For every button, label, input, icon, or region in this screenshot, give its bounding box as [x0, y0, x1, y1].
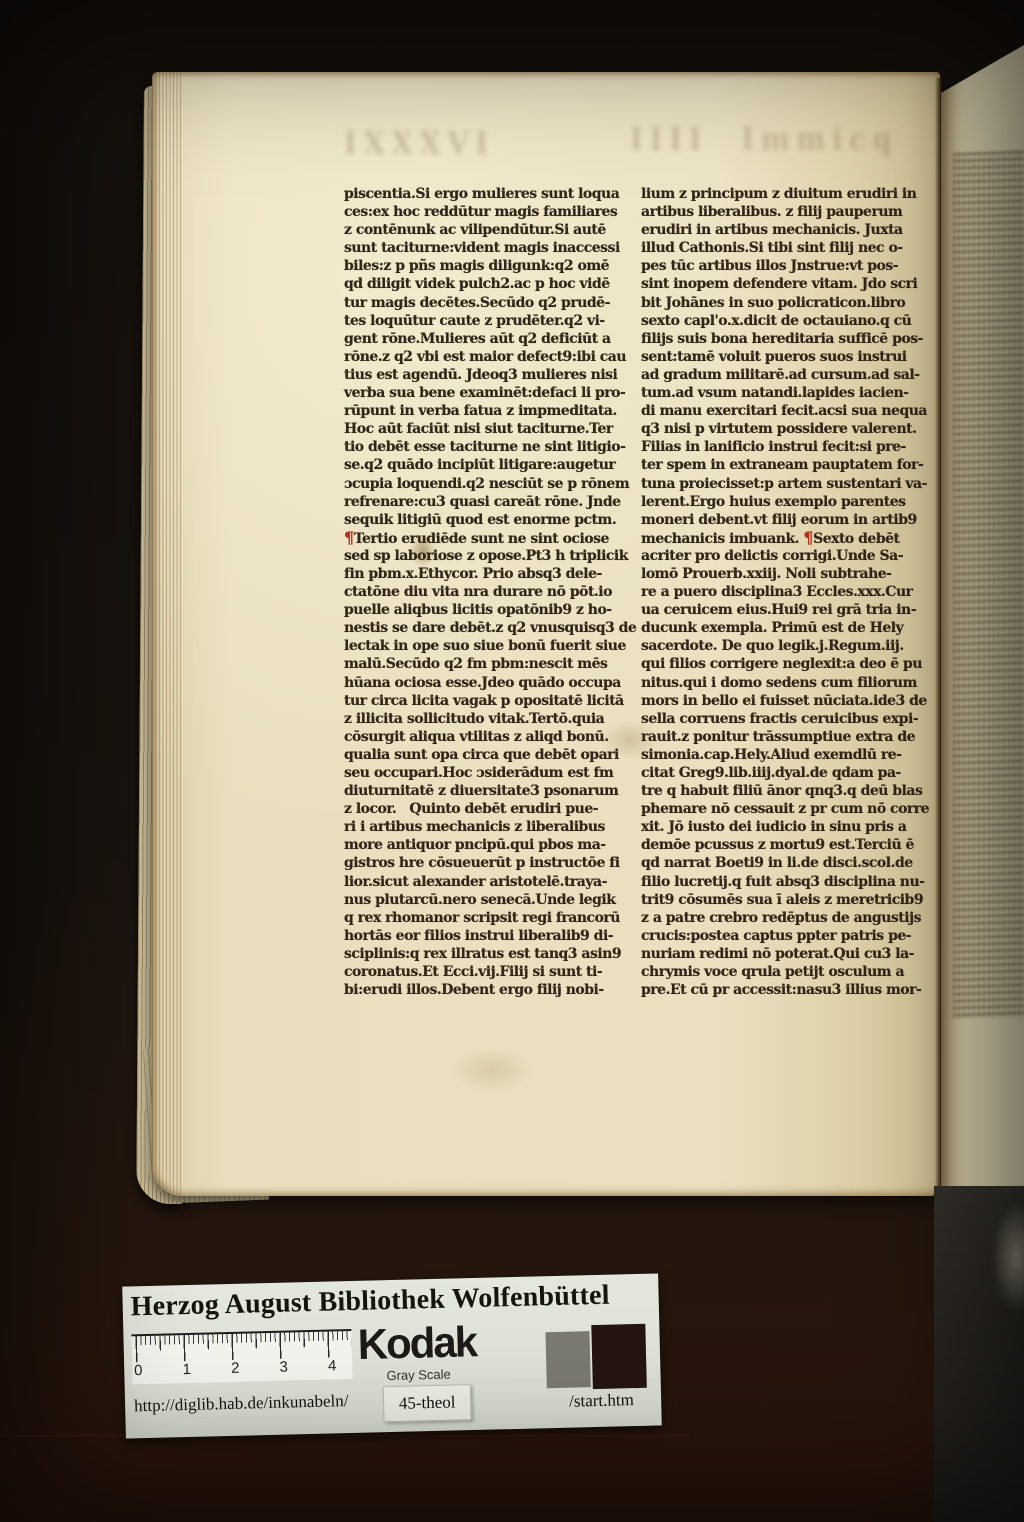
text-line: trit9 cōsumēs sua ī aleis z meretricib9: [641, 891, 937, 909]
text-line: nestis se dare debēt.z q2 vnusquisq3 de: [344, 619, 640, 637]
running-title-ghost-left: IXXXVI: [344, 126, 495, 162]
text-column-right: lium z principum z diuitum erudiri inart…: [641, 185, 937, 999]
text-line: puelle aliqbus licitis opatōnib9 z ho-: [344, 601, 640, 619]
ruler-number: 3: [278, 1359, 290, 1376]
cradle-shelf-edge: [0, 1434, 690, 1437]
text-line: more antiquor pncipū.qui pbos ma-: [344, 836, 640, 854]
text-line: bit Johānes in suo policraticon.libro: [641, 294, 937, 312]
text-line: rōne.z q2 vbi est maior defect9:ibi cau: [344, 348, 640, 366]
text-line: sacerdote. De quo legik.j.Regum.iij.: [641, 637, 937, 655]
text-line: illud Cathonis.Si tibi sint filij nec o-: [641, 239, 937, 257]
rubric-pilcrow: ¶: [344, 528, 354, 547]
rubric-pilcrow: ¶: [803, 528, 813, 547]
text-line: se.q2 quādo incipiūt litigare:augetur: [344, 456, 640, 474]
text-line: re a puero disciplina3 Eccles.xxx.Cur: [641, 583, 937, 601]
text-line: seu occupari.Hoc ɔsiderādum est fm: [344, 764, 640, 782]
text-line: qui filios corrigere neglexit:a deo ē pu: [641, 655, 937, 673]
text-line: simonia.cap.Hely.Aliud exemdlū re-: [641, 746, 937, 764]
text-line: erudiri in artibus mechanicis. Juxta: [641, 221, 937, 239]
text-line: z illicita sollicitudo vitak.Tertō.quia: [344, 710, 640, 728]
blurred-text-texture: [953, 151, 1024, 1019]
text-line: sint inopem defendere vitam. Jdo scri: [641, 275, 937, 293]
text-line: q3 nisi p virtutem possidere valerent.: [641, 420, 937, 438]
collection-url: http://diglib.hab.de/inkunabeln/: [134, 1391, 349, 1416]
ruler-numbers: 01234: [132, 1357, 338, 1379]
page-gutter-shadow: [935, 78, 942, 1194]
text-line: nus plutarcū.nero senecā.Unde legik: [344, 891, 640, 909]
text-line: lomō Prouerb.xxiij. Noli subtrahe-: [641, 565, 937, 583]
text-line: citat Greg9.lib.iiij.dyal.de qdam pa-: [641, 764, 937, 782]
text-line: z a patre crebro redēptus de angustijs: [641, 909, 937, 927]
text-line: malū.Secūdo q2 fm pbm:nescit mēs: [344, 655, 640, 673]
text-line: mors in bello ei fuisset nūciata.ide3 de: [641, 692, 937, 710]
text-line: qd diligit videk pulch2.ac p hoc vidē: [344, 275, 640, 293]
text-line: ducunk exempla. Primū est de Hely: [641, 619, 937, 637]
text-line: pes tūc artibus illos Jnstrue:vt pos-: [641, 257, 937, 275]
page-stain: [452, 1047, 532, 1093]
ruler-number: 1: [181, 1361, 193, 1378]
cm-ruler: 01234: [131, 1329, 352, 1384]
text-line: ctatōne diu vita nra durare nō pōt.io: [344, 583, 640, 601]
shelfmark-text: 45-theol: [399, 1392, 456, 1413]
running-title-ghost-right: IIII Immicq: [630, 122, 899, 158]
institution-title: Herzog August Bibliothek Wolfenbüttel: [130, 1279, 653, 1324]
text-line: rūpunt in verba fatua z impmeditata.: [344, 402, 640, 420]
text-line: filio lucretij.q fuit absq3 disciplina n…: [641, 873, 937, 891]
text-line: diuturnitatē z diuersitate3 psonarum: [344, 782, 640, 800]
text-line: tuna proiecisset:p artem sustentari va-: [641, 475, 937, 493]
text-line: gistros hre cōsueuerūt p instructōe fi: [344, 854, 640, 872]
text-line: di manu exercitari fecit.acsi sua nequa: [641, 402, 937, 420]
text-line: ua ceruicem eius.Hui9 rei grā tria in-: [641, 601, 937, 619]
text-line: xit. Jō iusto dei iudicio in sinu pris a: [641, 818, 937, 836]
text-line: acriter pro delictis corrigi.Unde Sa-: [641, 547, 937, 565]
text-line: crucis:postea captus ppter patris pe-: [641, 927, 937, 945]
text-line: demōe pcussus z mortu9 est.Terciū ē: [641, 836, 937, 854]
text-line: rauit.z ponitur trāssumptiue extra de: [641, 728, 937, 746]
text-line: sed sp laboriose z opose.Pt3 h triplicik: [344, 547, 640, 565]
text-line: tur circa licita vagak p opositatē licit…: [344, 692, 640, 710]
text-line: sunt taciturne:vident magis inaccessi: [344, 239, 640, 257]
text-line: hūana ociosa esse.Jdeo quādo occupa: [344, 674, 640, 692]
text-line: tio debēt esse taciturne ne sint litigio…: [344, 438, 640, 456]
facing-page-edge: [941, 40, 1024, 1197]
text-line: lectak in ope suo siue bonū fuerit siue: [344, 637, 640, 655]
text-line: Hoc aūt faciūt nisi siut taciturne.Ter: [344, 420, 640, 438]
photo-stage: IXXXVI IIII Immicq piscentia.Si ergo mul…: [0, 0, 1024, 1522]
text-line: ter spem in extraneam pauptatem for-: [641, 456, 937, 474]
gray-scale-caption: Gray Scale: [386, 1367, 451, 1384]
text-line: gent rōne.Mulieres aūt q2 deficiūt a: [344, 330, 640, 348]
text-line: artibus liberalibus. z filij pauperum: [641, 203, 937, 221]
text-line: tre q habuit filiū ānor qnq3.q deū blas: [641, 782, 937, 800]
text-line: sella corruens fractis ceruicibus expi-: [641, 710, 937, 728]
text-line: bi:erudi illos.Debent ergo filij nobi-: [344, 981, 640, 999]
cradle-right-panel: [934, 1186, 1024, 1522]
text-line: tum.ad vsum natandi.lapides iacien-: [641, 384, 937, 402]
ruler-number: 2: [229, 1360, 241, 1377]
text-line: coronatus.Et Ecci.vij.Filij si sunt ti-: [344, 963, 640, 981]
text-line: refrenare:cu3 quasi careāt rōne. Jnde: [344, 493, 640, 511]
text-line: q rex rhomanor scripsit regi francorū: [344, 909, 640, 927]
text-line: ces:ex hoc reddūtur magis familiares: [344, 203, 640, 221]
text-line: ad gradum militarē.ad cursum.ad sal-: [641, 366, 937, 384]
page-edge-texture: [152, 72, 182, 1196]
kodak-wordmark: Kodak: [357, 1317, 477, 1369]
text-line: qd narrat Boeti9 in li.de disci.scol.de: [641, 854, 937, 872]
grayscale-patch-gray: [545, 1331, 590, 1388]
text-line: hortās eor filios instrui liberalib9 di-: [344, 927, 640, 945]
text-line: filijs suis bona hereditaria sufficē pos…: [641, 330, 937, 348]
text-line: tius est agendū. Jdeoq3 mulieres nisi: [344, 366, 640, 384]
text-line: phemare nō cessauit z pr cum nō corre: [641, 800, 937, 818]
text-line: pre.Et cū pr accessit:nasu3 illius mor-: [641, 981, 937, 999]
text-line: sciplinis:q rex illratus est tanq3 asin9: [344, 945, 640, 963]
ruler-number: 4: [326, 1357, 338, 1374]
text-line: qualia sunt opa circa que debēt opari: [344, 746, 640, 764]
text-line: ¶Tertio erudiēde sunt ne sint ociose: [344, 529, 640, 547]
text-line: lior.sicut alexander aristotelē.traya-: [344, 873, 640, 891]
ruler-number: 0: [132, 1362, 144, 1379]
text-line: lium z principum z diuitum erudiri in: [641, 185, 937, 203]
text-line: moneri debent.vt filij eorum in artib9: [641, 511, 937, 529]
text-line: sent:tamē voluit pueros suos instrui: [641, 348, 937, 366]
text-line: nuriam redimi nō poterat.Qui cu3 la-: [641, 945, 937, 963]
text-line: tur magis decētes.Secūdo q2 prudē-: [344, 294, 640, 312]
text-line: lerent.Ergo huius exemplo parentes: [641, 493, 937, 511]
text-line: z locor. Quinto debēt erudiri pue-: [344, 800, 640, 818]
grayscale-patch-black: [591, 1324, 647, 1389]
text-line: cōsurgit aliqua vtilitas z aliqd bonū.: [344, 728, 640, 746]
text-line: ri i artibus mechanicis z liberalibus: [344, 818, 640, 836]
text-line: Filias in lanificio instrui fecit:si pre…: [641, 438, 937, 456]
reference-label: Herzog August Bibliothek Wolfenbüttel 01…: [122, 1273, 662, 1438]
text-line: piscentia.Si ergo mulieres sunt loqua: [344, 185, 640, 203]
text-line: sexto capl'o.x.dicit de octauiano.q cū: [641, 312, 937, 330]
text-line: chrymis voce qrula petijt osculum a: [641, 963, 937, 981]
text-line: mechanicis imbuank. ¶Sexto debēt: [641, 529, 937, 547]
text-line: biles:z p pñs magis diligunk:q2 omē: [344, 257, 640, 275]
text-line: fin pbm.x.Ethycor. Prio absq3 dele-: [344, 565, 640, 583]
incunable-page: IXXXVI IIII Immicq piscentia.Si ergo mul…: [152, 72, 940, 1196]
text-line: nitus.qui i domo sedens cum filiorum: [641, 674, 937, 692]
text-column-left: piscentia.Si ergo mulieres sunt loquaces…: [344, 185, 640, 999]
text-line: ɔcupia loquendi.q2 nesciūt se p rōnem: [344, 475, 640, 493]
text-line: sequik litigiū quod est enorme pctm.: [344, 511, 640, 529]
text-line: verba sua bene examinēt:defaci li pro-: [344, 384, 640, 402]
text-line: z contēnunk ac vilipendūtur.Si autē: [344, 221, 640, 239]
shelfmark-tag: 45-theol: [383, 1384, 472, 1422]
start-file-caption: /start.htm: [569, 1390, 634, 1412]
text-line: tes loquūtur caute z prudēter.q2 vi-: [344, 312, 640, 330]
